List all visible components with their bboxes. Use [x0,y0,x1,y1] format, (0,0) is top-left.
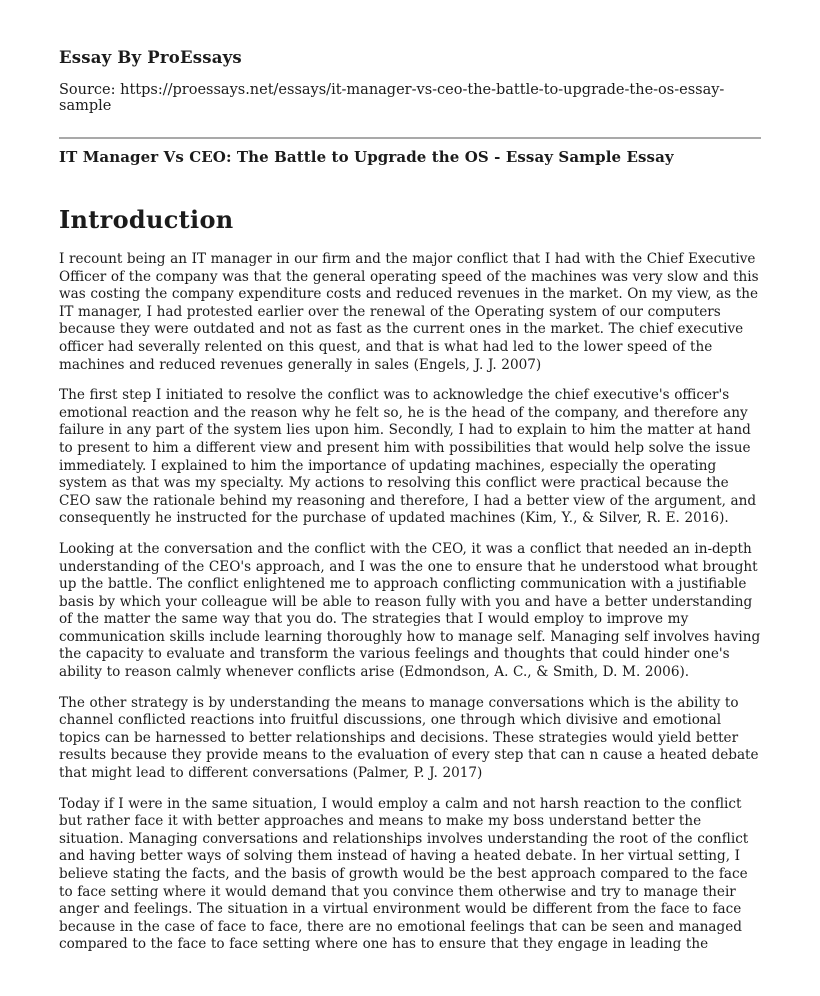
page-title: IT Manager Vs CEO: The Battle to Upgrade… [59,148,761,166]
essay-body: I recount being an IT manager in our fir… [59,251,761,954]
essay-paragraph-1: I recount being an IT manager in our fir… [59,251,761,374]
source-label: Source: [59,82,116,98]
essay-paragraph-3: Looking at the conversation and the conf… [59,541,761,682]
essay-paragraph-2: The first step I initiated to resolve th… [59,387,761,528]
source-line: Source: https://proessays.net/essays/it-… [59,82,761,114]
essay-paragraph-5: Today if I were in the same situation, I… [59,796,761,954]
essay-paragraph-4: The other strategy is by understanding t… [59,695,761,783]
source-url: https://proessays.net/essays/it-manager-… [59,82,724,114]
divider-rule [59,137,761,139]
byline: Essay By ProEssays [59,48,761,67]
document-page: Essay By ProEssays Source: https://proes… [0,0,820,996]
section-heading-introduction: Introduction [59,205,761,234]
